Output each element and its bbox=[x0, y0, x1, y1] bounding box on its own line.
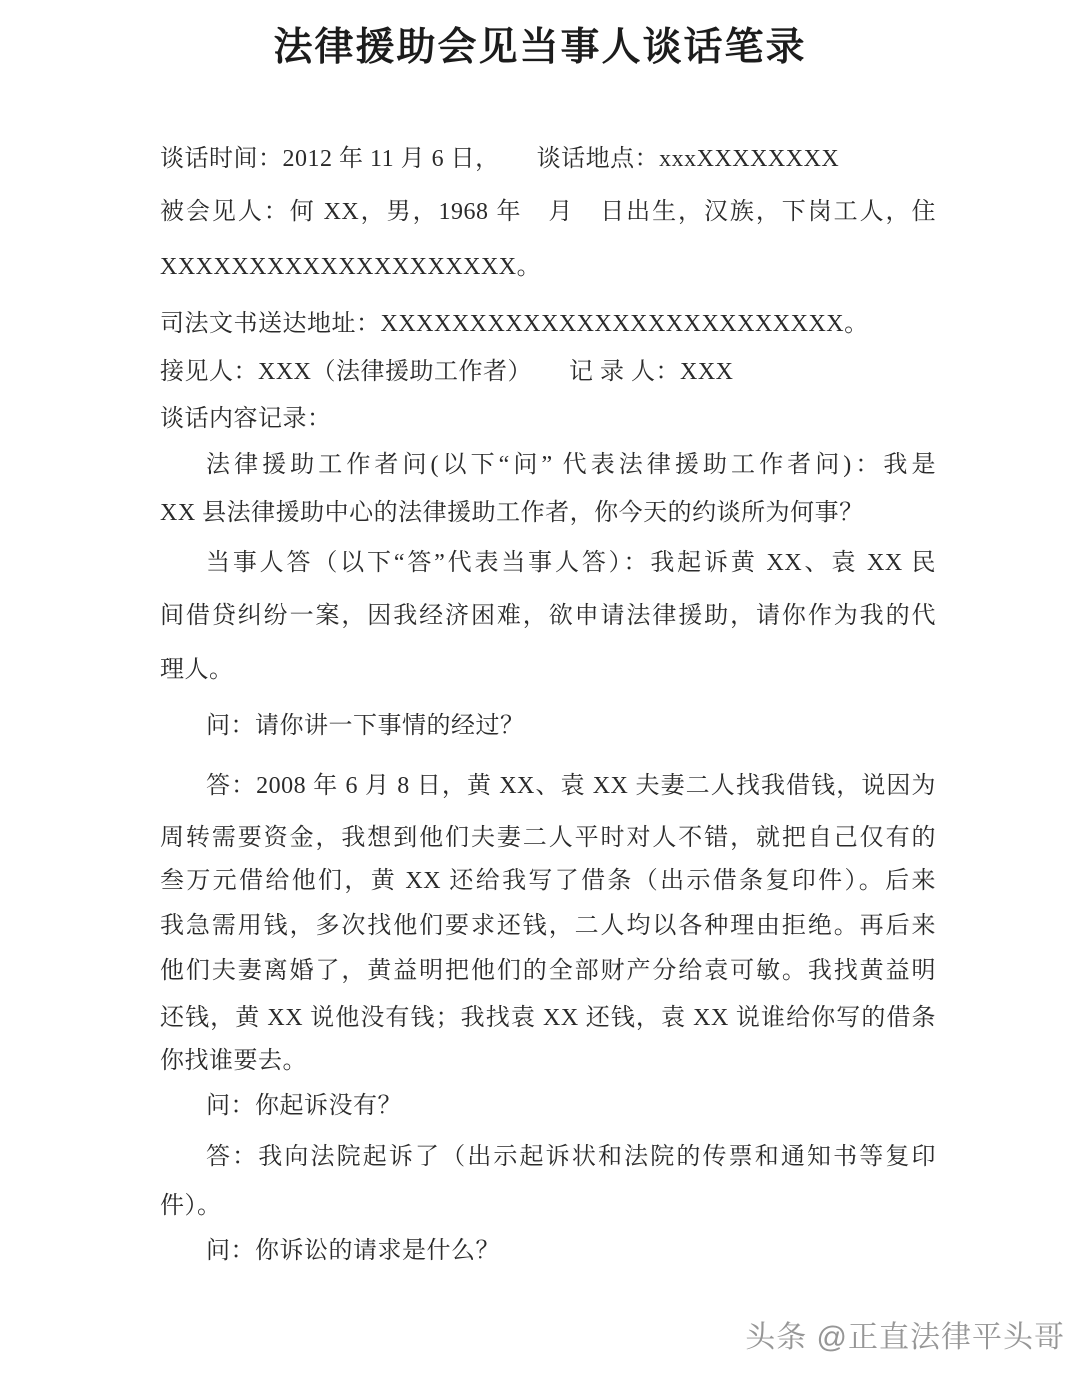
watermark-text: 头条 @正直法律平头哥 bbox=[745, 1312, 1065, 1356]
doc-line-a-process-1: 答：2008 年 6 月 8 日，黄 XX、袁 XX 夫妻二人找我借钱，说因为 bbox=[160, 763, 936, 809]
doc-line-a-sued-1: 答：我向法院起诉了（出示起诉状和法院的传票和通知书等复印 bbox=[160, 1134, 936, 1180]
doc-line-party-answer-3: 理人。 bbox=[160, 647, 936, 693]
doc-line-service-address: 司法文书送达地址：XXXXXXXXXXXXXXXXXXXXXXXXXX。 bbox=[160, 301, 936, 347]
doc-line-a-process-4: 我急需用钱，多次找他们要求还钱，二人均以各种理由拒绝。再后来 bbox=[160, 903, 936, 949]
doc-line-a-process-5: 他们夫妻离婚了，黄益明把他们的全部财产分给袁可敏。我找黄益明 bbox=[160, 948, 936, 994]
doc-line-worker-question: 法律援助工作者问(以下“问” 代表法律援助工作者问)：我是 bbox=[160, 442, 936, 488]
doc-line-interview-time: 谈话时间：2012 年 11 月 6 日， 谈话地点：xxxXXXXXXXX bbox=[160, 136, 936, 182]
doc-line-party-answer-2: 间借贷纠纷一案，因我经济困难，欲申请法律援助，请你作为我的代 bbox=[160, 593, 936, 639]
doc-line-interviewee: 被会见人：何 XX，男，1968 年 月 日出生，汉族，下岗工人，住 bbox=[160, 189, 936, 235]
doc-line-a-process-2: 周转需要资金，我想到他们夫妻二人平时对人不错，就把自己仅有的 bbox=[160, 815, 936, 861]
doc-line-address-cont: XXXXXXXXXXXXXXXXXXXX。 bbox=[160, 244, 936, 290]
doc-line-a-sued-2: 件）。 bbox=[160, 1183, 936, 1229]
document-body: 谈话时间：2012 年 11 月 6 日， 谈话地点：xxxXXXXXXXX 被… bbox=[160, 136, 936, 1274]
doc-line-record-heading: 谈话内容记录： bbox=[160, 396, 936, 442]
doc-line-q-process: 问：请你讲一下事情的经过？ bbox=[160, 703, 936, 749]
doc-line-a-process-7: 你找谁要去。 bbox=[160, 1038, 936, 1084]
doc-line-party-answer: 当事人答（以下“答”代表当事人答）：我起诉黄 XX、袁 XX 民 bbox=[160, 540, 936, 586]
doc-line-worker-question-2: XX 县法律援助中心的法律援助工作者，你今天的约谈所为何事？ bbox=[160, 490, 936, 536]
doc-line-interviewer: 接见人：XXX（法律援助工作者） 记 录 人：XXX bbox=[160, 349, 936, 395]
doc-line-q-sued: 问：你起诉没有？ bbox=[160, 1083, 936, 1129]
doc-line-q-claim: 问：你诉讼的请求是什么？ bbox=[160, 1228, 936, 1274]
doc-line-a-process-6: 还钱，黄 XX 说他没有钱；我找袁 XX 还钱，袁 XX 说谁给你写的借条 bbox=[160, 995, 936, 1041]
doc-line-a-process-3: 叁万元借给他们，黄 XX 还给我写了借条（出示借条复印件）。后来 bbox=[160, 858, 936, 904]
page-title: 法律援助会见当事人谈话笔录 bbox=[0, 0, 1080, 74]
document-page: 法律援助会见当事人谈话笔录 谈话时间：2012 年 11 月 6 日， 谈话地点… bbox=[0, 0, 1080, 1376]
